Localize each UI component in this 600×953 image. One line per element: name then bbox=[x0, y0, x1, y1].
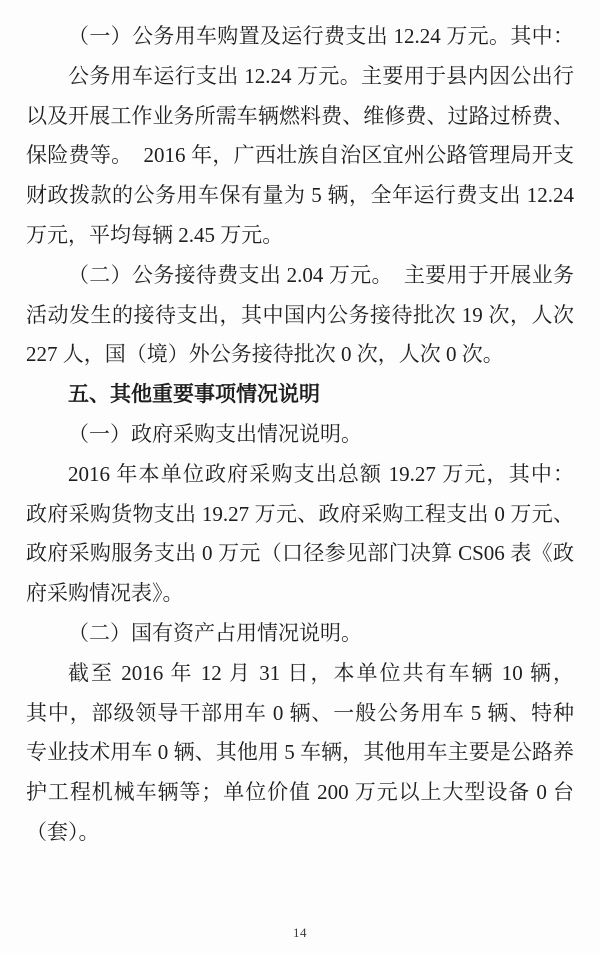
text-line: 截至 2016 年 12 月 31 日，本单位共有车辆 10 辆， bbox=[26, 654, 574, 694]
text-line: 政府采购服务支出 0 万元（口径参见部门决算 CS06 表《政 bbox=[26, 534, 574, 574]
text-line: 政府采购货物支出 19.27 万元、政府采购工程支出 0 万元、 bbox=[26, 495, 574, 535]
text-line: （一）政府采购支出情况说明。 bbox=[26, 415, 574, 455]
page-number: 14 bbox=[0, 925, 600, 941]
text-line: （二）公务接待费支出 2.04 万元。 主要用于开展业务 bbox=[26, 256, 574, 296]
text-line: 财政拨款的公务用车保有量为 5 辆，全年运行费支出 12.24 bbox=[26, 176, 574, 216]
document-page: （一）公务用车购置及运行费支出 12.24 万元。其中：公务用车运行支出 12.… bbox=[0, 0, 600, 953]
text-line: （套）。 bbox=[26, 813, 574, 853]
text-line: 227 人，国（境）外公务接待批次 0 次，人次 0 次。 bbox=[26, 335, 574, 375]
text-line: 专业技术用车 0 辆、其他用 5 车辆，其他用车主要是公路养 bbox=[26, 733, 574, 773]
document-body: （一）公务用车购置及运行费支出 12.24 万元。其中：公务用车运行支出 12.… bbox=[0, 0, 600, 853]
text-line: 活动发生的接待支出，其中国内公务接待批次 19 次，人次 bbox=[26, 296, 574, 336]
text-line: 公务用车运行支出 12.24 万元。主要用于县内因公出行 bbox=[26, 57, 574, 97]
text-line: 2016 年本单位政府采购支出总额 19.27 万元，其中： bbox=[26, 455, 574, 495]
text-line: 保险费等。 2016 年，广西壮族自治区宜州公路管理局开支 bbox=[26, 136, 574, 176]
text-line: 万元，平均每辆 2.45 万元。 bbox=[26, 216, 574, 256]
text-line: 其中，部级领导干部用车 0 辆、一般公务用车 5 辆、特种 bbox=[26, 694, 574, 734]
text-line: （一）公务用车购置及运行费支出 12.24 万元。其中： bbox=[26, 17, 574, 57]
text-line: 以及开展工作业务所需车辆燃料费、维修费、过路过桥费、 bbox=[26, 97, 574, 137]
text-line: （二）国有资产占用情况说明。 bbox=[26, 614, 574, 654]
section-heading: 五、其他重要事项情况说明 bbox=[26, 375, 574, 415]
text-line: 府采购情况表》。 bbox=[26, 574, 574, 614]
text-line: 护工程机械车辆等；单位价值 200 万元以上大型设备 0 台 bbox=[26, 773, 574, 813]
